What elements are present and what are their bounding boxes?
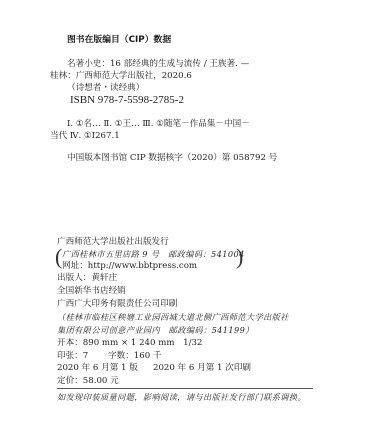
- divider-rule: [57, 388, 313, 389]
- right-brace: ): [236, 246, 243, 268]
- publisher-address: 广西桂林市五里店路 9 号 邮政编码：541004: [62, 248, 245, 260]
- printer-address-2: 集团有限公司创意产业园内 邮政编码：541199）: [57, 324, 254, 336]
- distributor: 全国新华书店经销: [57, 285, 126, 297]
- publisher-issue: 广西师范大学出版社出版发行: [57, 236, 169, 248]
- publisher-website: 网址：http://www.bbtpress.com: [62, 260, 197, 272]
- cip-isbn: ISBN 978-7-5598-2785-2: [70, 94, 184, 106]
- cip-verification: 中国版本图书馆 CIP 数据核字（2020）第 058792 号: [67, 152, 277, 164]
- cip-publisher-line: 桂林：广西师范大学出版社，2020.6: [50, 70, 192, 82]
- quality-notice: 如发现印装质量问题，影响阅读，请与出版社发行部门联系调换。: [57, 391, 306, 403]
- cip-title-line: 名著小史：16 部经典的生成与流传 / 王族著. —: [67, 58, 249, 70]
- printing: 2020 年 6 月第 1 次印刷: [153, 362, 251, 374]
- edition: 2020 年 6 月第 1 版: [57, 362, 138, 374]
- printer-address-1: （桂林市临桂区秧塘工业园西城大道北侧广西师范大学出版社: [57, 311, 289, 323]
- cip-heading: 图书在版编目（CIP）数据: [67, 34, 171, 46]
- book-format: 开本：890 mm × 1 240 mm 1/32: [57, 337, 202, 349]
- publisher-person: 出版人：黄轩庄: [57, 272, 117, 284]
- word-count: 字数：160 千: [108, 350, 162, 362]
- printer: 广西广大印务有限责任公司印刷: [57, 298, 177, 310]
- price: 定价：58.00 元: [57, 375, 119, 387]
- cip-series: （诗想者・读经典）: [67, 82, 144, 94]
- cip-classification-2: 当代 Ⅳ. ①I267.1: [50, 130, 120, 142]
- cip-classification-1: Ⅰ. ①名… Ⅱ. ①王… Ⅲ. ①随笔－作品集－中国－: [67, 118, 250, 130]
- printed-sheets: 印张：7: [57, 350, 88, 362]
